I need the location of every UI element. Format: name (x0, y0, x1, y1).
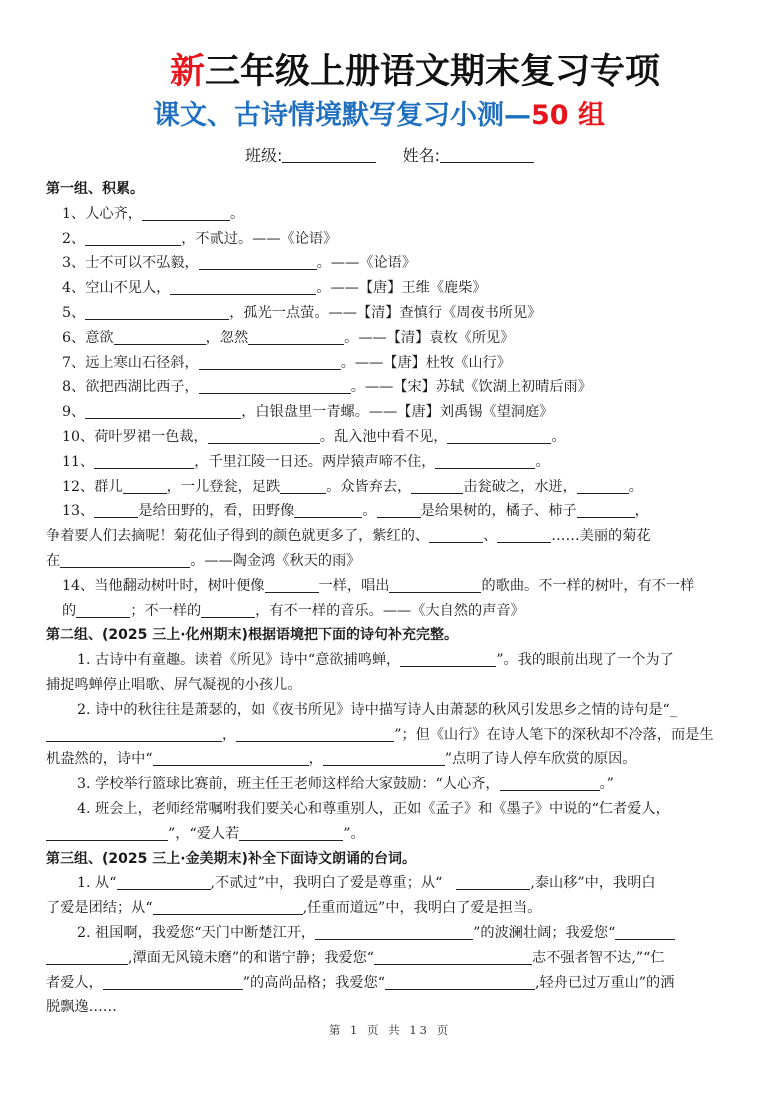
question-item: 3、士不可以不弘毅，。——《论语》 (46, 251, 746, 276)
answer-blank[interactable] (46, 949, 128, 965)
question-item-continued: 捕捉鸣蝉停止唱歌、屏气凝视的小孩儿。 (46, 673, 746, 698)
question-item: 12、群儿，一儿登瓮，足跌。众皆弃去，击瓮破之，水迸，。 (46, 475, 746, 500)
answer-blank[interactable] (123, 478, 167, 494)
answer-blank[interactable] (103, 974, 243, 990)
page-subtitle: 课文、古诗情境默写复习小测—50 组 (153, 98, 653, 134)
question-item: 1. 从“,不贰过”中，我明白了爱是尊重；从“,泰山移”中，我明白 (46, 871, 746, 896)
student-info: 班级: 姓名: (245, 143, 575, 169)
section-heading: 第一组、积累。 (46, 177, 746, 202)
answer-blank[interactable] (85, 304, 229, 320)
page-number: 第 1 页 共 13 页 (0, 1022, 780, 1038)
subtitle-count: 50 组 (531, 100, 605, 131)
answer-blank[interactable] (577, 478, 629, 494)
answer-blank[interactable] (323, 750, 445, 766)
answer-blank[interactable] (94, 502, 138, 518)
question-item: 13、是给田野的，看，田野像。是给果树的，橘子、柿子， (46, 499, 746, 524)
answer-blank[interactable] (60, 552, 190, 568)
name-field[interactable] (440, 148, 534, 163)
question-item: 10、荷叶罗裙一色裁，。乱入池中看不见，。 (46, 425, 746, 450)
name-label: 姓名: (403, 146, 440, 165)
answer-blank[interactable] (85, 230, 181, 246)
answer-blank[interactable] (114, 329, 206, 345)
question-item: 11、，千里江陵一日还。两岸猿声啼不住，。 (46, 450, 746, 475)
answer-blank[interactable] (265, 577, 319, 593)
answer-blank[interactable] (615, 924, 675, 940)
question-item: 4、空山不见人，。——【唐】王维《鹿柴》 (46, 276, 746, 301)
answer-blank[interactable] (46, 726, 222, 742)
answer-blank[interactable] (577, 502, 635, 518)
question-item-continued: 了爱是团结；从“,任重而道远”中，我明白了爱是担当。 (46, 896, 746, 921)
answer-blank[interactable] (199, 378, 351, 394)
answer-blank[interactable] (199, 254, 317, 270)
answer-blank[interactable] (385, 974, 535, 990)
answer-blank[interactable] (201, 602, 255, 618)
question-item: 8、欲把西湖比西子，。——【宋】苏轼《饮湖上初晴后雨》 (46, 375, 746, 400)
question-item: 7、远上寒山石径斜，。——【唐】杜牧《山行》 (46, 351, 746, 376)
subtitle-text: 课文、古诗情境默写复习小测— (153, 100, 531, 131)
question-item: 3. 学校举行篮球比赛前，班主任王老师这样给大家鼓励：“人心齐，。” (46, 772, 746, 797)
worksheet-page: 新三年级上册语文期末复习专项 课文、古诗情境默写复习小测—50 组 班级: 姓名… (0, 0, 780, 1103)
title-new-mark: 新 (170, 52, 205, 92)
answer-blank[interactable] (389, 577, 481, 593)
question-item: 2. 诗中的秋往往是萧瑟的，如《夜书所见》诗中描写诗人由萧瑟的秋风引发思乡之情的… (46, 698, 746, 723)
question-item: 1. 古诗中有童趣。读着《所见》诗中“意欲捕鸣蝉，”。我的眼前出现了一个为了 (46, 648, 746, 673)
answer-blank[interactable] (142, 205, 230, 221)
answer-blank[interactable] (46, 825, 168, 841)
question-item: 5、，孤光一点萤。——【清】查慎行《周夜书所见》 (46, 301, 746, 326)
title-text: 三年级上册语文期末复习专项 (205, 52, 660, 92)
class-label: 班级: (245, 146, 282, 165)
answer-blank[interactable] (170, 279, 316, 295)
answer-blank[interactable] (435, 453, 535, 469)
answer-blank[interactable] (456, 874, 530, 890)
answer-blank[interactable] (411, 478, 463, 494)
answer-blank[interactable] (400, 651, 496, 667)
answer-blank[interactable] (429, 527, 483, 543)
answer-blank[interactable] (294, 502, 362, 518)
question-item: 14、当他翻动树叶时，树叶便像一样，唱出的歌曲。不一样的树叶，有不一样 (46, 574, 746, 599)
class-field[interactable] (282, 148, 376, 163)
answer-blank[interactable] (248, 329, 344, 345)
answer-blank[interactable] (94, 453, 194, 469)
answer-blank[interactable] (208, 428, 320, 444)
answer-blank[interactable] (153, 750, 309, 766)
answer-blank[interactable] (280, 478, 326, 494)
answer-blank[interactable] (377, 502, 421, 518)
question-item: 2. 祖国啊，我爱您“天门中断楚江开，”的波澜壮阔；我爱您“ (46, 921, 746, 946)
answer-blank[interactable] (500, 775, 600, 791)
answer-blank[interactable] (239, 825, 343, 841)
question-item-continued: ”，“爱人若”。 (46, 822, 746, 847)
question-item: 4. 班会上，老师经常嘱咐我们要关心和尊重别人，正如《孟子》和《墨子》中说的“仁… (46, 797, 746, 822)
question-item: 1、人心齐，。 (46, 202, 746, 227)
question-item: 6、意欲，忽然。——【清】袁枚《所见》 (46, 326, 746, 351)
section-heading: 第三组、(2025 三上·金美期末)补全下面诗文朗诵的台词。 (46, 847, 746, 872)
answer-blank[interactable] (315, 924, 473, 940)
worksheet-content: 第一组、积累。 1、人心齐，。 2、，不贰过。——《论语》 3、士不可以不弘毅，… (46, 177, 746, 1020)
question-item-continued: ,潭面无风镜未磨”的和谐宁静；我爱您“志不强者智不达,”“仁 (46, 946, 746, 971)
question-item-continued: 争着要人们去摘呢！菊花仙子得到的颜色就更多了，紫红的、、……美丽的菊花 (46, 524, 746, 549)
answer-blank[interactable] (117, 874, 211, 890)
answer-blank[interactable] (85, 403, 241, 419)
answer-blank[interactable] (447, 428, 551, 444)
answer-blank[interactable] (153, 899, 303, 915)
question-item-continued: 机盎然的，诗中“，”点明了诗人停车欣赏的原因。 (46, 747, 746, 772)
answer-blank[interactable] (497, 527, 551, 543)
page-title: 新三年级上册语文期末复习专项 (170, 50, 710, 94)
question-item-continued: 者爱人，”的高尚品格；我爱您“,轻舟已过万重山”的洒 (46, 971, 746, 996)
answer-blank[interactable] (76, 602, 130, 618)
section-heading: 第二组、(2025 三上·化州期末)根据语境把下面的诗句补充完整。 (46, 623, 746, 648)
question-item: 2、，不贰过。——《论语》 (46, 227, 746, 252)
answer-blank[interactable] (374, 949, 532, 965)
question-item-continued: 脱飘逸…… (46, 995, 746, 1020)
answer-blank[interactable] (236, 726, 394, 742)
question-item-continued: 的；不一样的，有不一样的音乐。——《大自然的声音》 (46, 599, 746, 624)
question-item-continued: 在。——陶金鸿《秋天的雨》 (46, 549, 746, 574)
question-item: 9、，白银盘里一青螺。——【唐】刘禹锡《望洞庭》 (46, 400, 746, 425)
answer-blank[interactable] (199, 354, 341, 370)
question-item-continued: ，”；但《山行》在诗人笔下的深秋却不冷落，而是生 (46, 723, 746, 748)
